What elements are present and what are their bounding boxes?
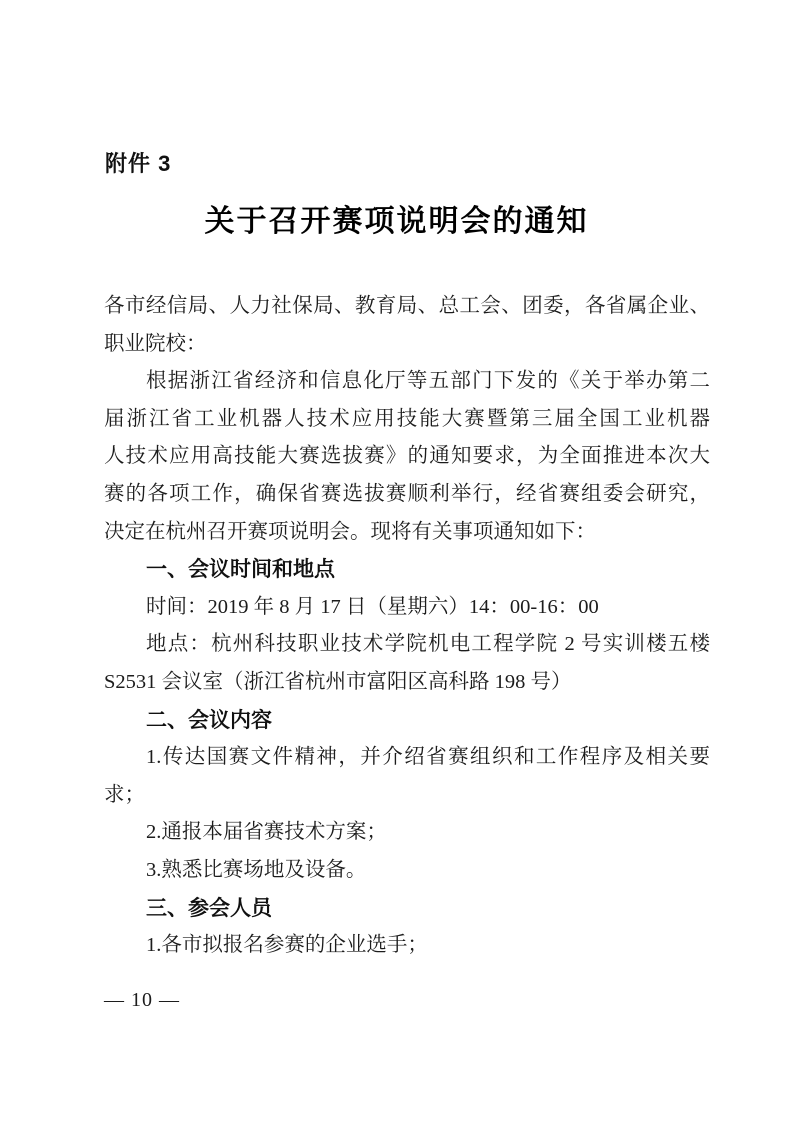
body-line-intro: 届浙江省工业机器人技术应用技能大赛暨第三届全国工业机器: [104, 401, 710, 439]
body-line-intro: 赛的各项工作，确保省赛选拔赛顺利举行，经省赛组委会研究，: [104, 476, 710, 514]
body-line-salutation: 各市经信局、人力社保局、教育局、总工会、团委，各省属企业、: [104, 288, 710, 326]
body-line-intro-end: 决定在杭州召开赛项说明会。现将有关事项通知如下：: [104, 514, 710, 552]
document-title: 关于召开赛项说明会的通知: [0, 196, 793, 240]
section-heading-3: 三、参会人员: [104, 890, 710, 928]
body-line-content-item-1: 1.传达国赛文件精神，并介绍省赛组织和工作程序及相关要: [104, 739, 710, 777]
body-line-attendee-item-1: 1.各市拟报名参赛的企业选手；: [104, 927, 710, 965]
document-page: 附件 3 关于召开赛项说明会的通知 各市经信局、人力社保局、教育局、总工会、团委…: [0, 0, 793, 1122]
body-line-intro: 根据浙江省经济和信息化厅等五部门下发的《关于举办第二: [104, 363, 710, 401]
attachment-label: 附件 3: [105, 147, 171, 178]
body-line-content-item-2: 2.通报本届省赛技术方案；: [104, 814, 710, 852]
page-number: — 10 —: [104, 989, 180, 1012]
section-heading-1: 一、会议时间和地点: [104, 551, 710, 589]
body-line-content-item-3: 3.熟悉比赛场地及设备。: [104, 852, 710, 890]
body-line-intro: 人技术应用高技能大赛选拔赛》的通知要求，为全面推进本次大: [104, 438, 710, 476]
body-line-salutation-end: 职业院校：: [104, 326, 710, 364]
body-line-meeting-time: 时间：2019 年 8 月 17 日（星期六）14：00-16：00: [104, 589, 710, 627]
document-body: 各市经信局、人力社保局、教育局、总工会、团委，各省属企业、 职业院校： 根据浙江…: [104, 288, 710, 965]
body-line-meeting-place: 地点：杭州科技职业技术学院机电工程学院 2 号实训楼五楼: [104, 626, 710, 664]
body-line-content-item-1b: 求；: [104, 777, 710, 815]
section-heading-2: 二、会议内容: [104, 702, 710, 740]
body-line-meeting-place-2: S2531 会议室（浙江省杭州市富阳区高科路 198 号）: [104, 664, 710, 702]
